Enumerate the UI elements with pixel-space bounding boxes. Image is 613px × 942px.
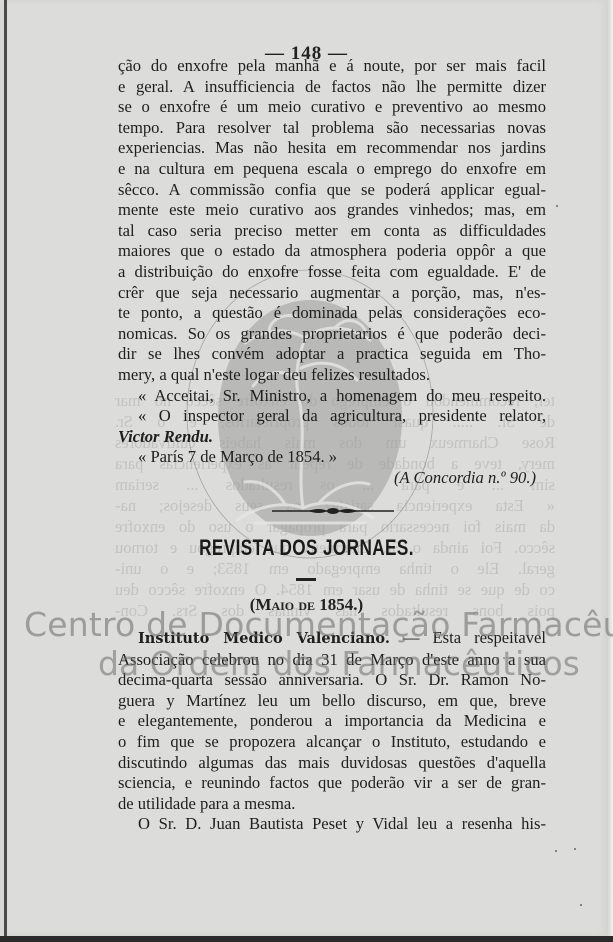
section-separator	[296, 578, 316, 581]
source-citation: (A Concordia n.º 90.)	[118, 468, 546, 489]
text-line: ção do enxofre pela manhã e á noute, por…	[118, 56, 546, 77]
text-line: sciencia, e reunindo factos que poderão …	[118, 773, 546, 794]
text-fragment: — Esta respeitavel	[390, 628, 546, 647]
text-line: discutindo algumas das mais duvidosas qu…	[118, 753, 546, 774]
ornamental-rule	[272, 507, 394, 515]
paper-speck	[580, 904, 582, 906]
closing-line: « Acceitai, Sr. Ministro, a homenagem do…	[118, 386, 546, 407]
text-line: nomicas. So os grandes proprietarios é q…	[118, 324, 546, 345]
article-2-body: Instituto Medico Valenciano. — Esta resp…	[118, 628, 546, 835]
signature: Victor Rendu.	[118, 427, 546, 448]
text-line: se o enxofre é um meio curativo e preven…	[118, 97, 546, 118]
text-line: a distribuição do enxofre fosse feita co…	[118, 262, 546, 283]
section-date: (Maio de 1854.)	[0, 595, 613, 615]
text-line: crêr que seja necessario augmentar a por…	[118, 283, 546, 304]
text-line: decima-quarta sessão anniversaria. O Sr.…	[118, 670, 546, 691]
text-line: tempo. Para resolver tal problema são ne…	[118, 118, 546, 139]
text-line: maiores que o estado da atmosphera poder…	[118, 241, 546, 262]
text-line: o fim que se propozera alcançar o Instit…	[118, 732, 546, 753]
text-line: mente este meio curativo aos grandes vin…	[118, 200, 546, 221]
article-body: ção do enxofre pela manhã e á noute, por…	[118, 56, 546, 488]
paper-speck	[555, 850, 557, 852]
institution-name: Instituto Medico Valenciano.	[138, 630, 390, 647]
text-line: sêcco. A commissão confia que se poderá …	[118, 180, 546, 201]
paper-speck	[574, 848, 576, 850]
section-title: REVISTA DOS JORNAES.	[67, 535, 545, 561]
text-line: mery, a qual n'este logar deu felizes re…	[118, 365, 546, 386]
text-line: Instituto Medico Valenciano. — Esta resp…	[118, 628, 546, 650]
text-line: dir se lhes convém adoptar a practica se…	[118, 344, 546, 365]
closing-line: « O inspector geral da agricultura, pres…	[118, 406, 546, 427]
text-line: O Sr. D. Juan Bautista Peset y Vidal leu…	[118, 814, 546, 835]
text-line: guera y Martínez leu um bello discurso, …	[118, 691, 546, 712]
text-line: experiencias. Mas não hesita em recommen…	[118, 138, 546, 159]
text-line: e elegantemente, ponderou a importancia …	[118, 711, 546, 732]
page-edge-right	[607, 0, 613, 942]
text-line: e geral. A insufficiencia de factos não …	[118, 77, 546, 98]
text-line: te ponto, a questão é dominada pelas con…	[118, 303, 546, 324]
paper-speck	[556, 205, 558, 207]
text-line: Associação celebrou no dia 31 de Março d…	[118, 650, 546, 671]
page-edge-bottom	[0, 936, 613, 942]
text-line: e na cultura em pequena escala o emprego…	[118, 159, 546, 180]
text-line: de utilidade para a mesma.	[118, 794, 546, 815]
place-date: « París 7 de Março de 1854. »	[118, 447, 546, 468]
text-line: tal caso seria preciso metter em conta a…	[118, 221, 546, 242]
